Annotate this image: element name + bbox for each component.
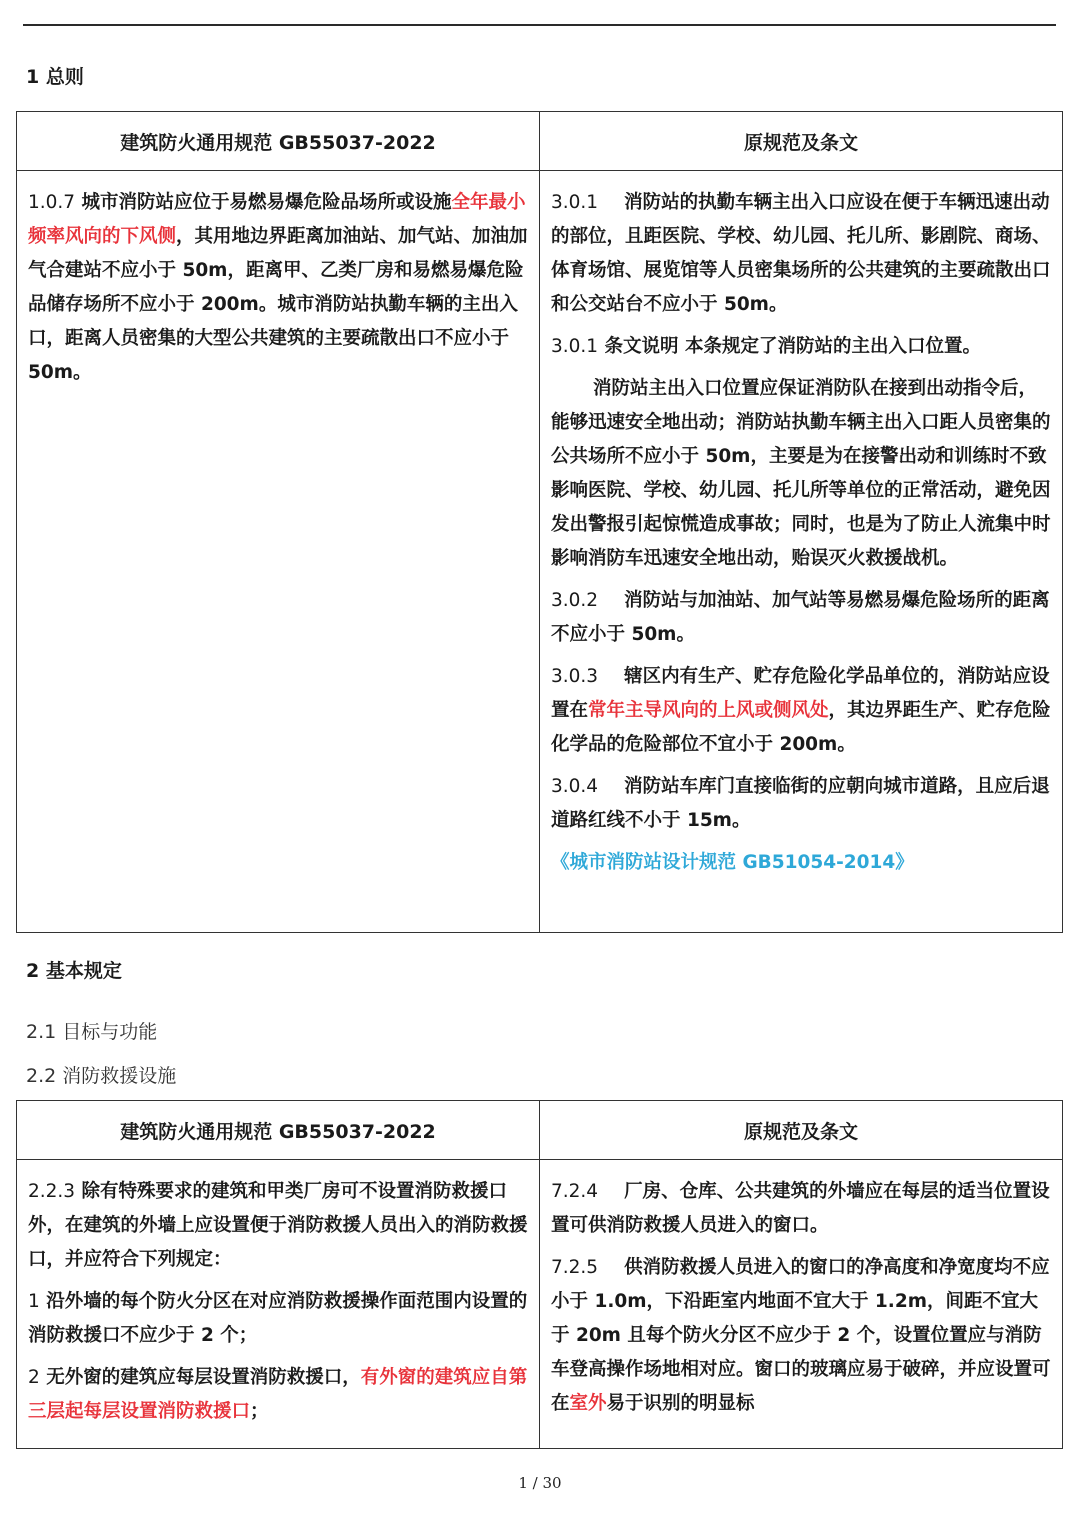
highlight-text: 室外 (570, 1393, 607, 1414)
item-number: 2 (28, 1367, 40, 1388)
clause-7-2-4: 7.2.4厂房、仓库、公共建筑的外墙应在每层的适当位置设置可供消防救援人员进入的… (551, 1175, 1051, 1243)
item-number: 1 (28, 1291, 40, 1312)
clause-3-0-1: 3.0.1消防站的执勤车辆主出入口应设在便于车辆迅速出动的部位，且距医院、学校、… (551, 186, 1051, 322)
highlight-text: 常年主导风向的上风或侧风处 (588, 700, 829, 721)
comparison-table-rescue: 建筑防火通用规范 GB55037-2022 原规范及条文 2.2.3 除有特殊要… (16, 1100, 1063, 1449)
clause-number: 2.2.3 (28, 1181, 75, 1202)
note-title: 条文说明 本条规定了消防站的主出入口位置。 (598, 336, 981, 357)
clause-text: 消防站与加油站、加气站等易燃易爆危险场所的距离不应小于 50m。 (551, 590, 1050, 645)
subsection-heading-goals: 2.1 目标与功能 (26, 1017, 157, 1044)
source-reference: 《城市消防站设计规范 GB51054-2014》 (551, 846, 1051, 880)
clause-3-0-3: 3.0.3辖区内有生产、贮存危险化学品单位的，消防站应设置在常年主导风向的上风或… (551, 660, 1051, 762)
item-text: 沿外墙的每个防火分区在对应消防救援操作面范围内设置的消防救援口不应少于 2 个； (28, 1291, 527, 1346)
clause-text: 消防站的执勤车辆主出入口应设在便于车辆迅速出动的部位，且距医院、学校、幼儿园、托… (551, 192, 1051, 315)
section-heading-basic-rules: 2 基本规定 (26, 956, 122, 983)
clause-text: 易于识别的明显标 (607, 1393, 755, 1414)
clause-2-2-3: 2.2.3 除有特殊要求的建筑和甲类厂房可不设置消防救援口外，在建筑的外墙上应设… (28, 1175, 528, 1277)
clause-3-0-1-note: 3.0.1 条文说明 本条规定了消防站的主出入口位置。 (551, 330, 1051, 364)
clause-number: 7.2.5 (551, 1257, 598, 1278)
clause-number: 3.0.3 (551, 666, 598, 687)
clause-number: 7.2.4 (551, 1181, 598, 1202)
clause-1-0-7: 1.0.7 城市消防站应位于易燃易爆危险品场所或设施全年最小频率风向的下风侧，其… (28, 186, 528, 390)
clause-item-1: 1 沿外墙的每个防火分区在对应消防救援操作面范围内设置的消防救援口不应少于 2 … (28, 1285, 528, 1353)
header-original-standard: 原规范及条文 (540, 1101, 1063, 1160)
clause-number: 3.0.4 (551, 776, 598, 797)
clause-number: 3.0.2 (551, 590, 598, 611)
new-standard-cell: 2.2.3 除有特殊要求的建筑和甲类厂房可不设置消防救援口外，在建筑的外墙上应设… (17, 1160, 540, 1449)
top-rule (23, 24, 1056, 26)
clause-text: 除有特殊要求的建筑和甲类厂房可不设置消防救援口外，在建筑的外墙上应设置便于消防救… (28, 1181, 528, 1270)
original-standard-cell: 3.0.1消防站的执勤车辆主出入口应设在便于车辆迅速出动的部位，且距医院、学校、… (540, 171, 1063, 933)
comparison-table-general: 建筑防火通用规范 GB55037-2022 原规范及条文 1.0.7 城市消防站… (16, 111, 1063, 933)
clause-text: 城市消防站应位于易燃易爆危险品场所或设施 (75, 192, 451, 213)
table-row: 2.2.3 除有特殊要求的建筑和甲类厂房可不设置消防救援口外，在建筑的外墙上应设… (17, 1160, 1063, 1449)
clause-text: 消防站车库门直接临街的应朝向城市道路，且应后退道路红线不小于 15m。 (551, 776, 1050, 831)
clause-3-0-2: 3.0.2消防站与加油站、加气站等易燃易爆危险场所的距离不应小于 50m。 (551, 584, 1051, 652)
page-indicator: 1 / 30 (0, 1474, 1080, 1492)
original-standard-cell: 7.2.4厂房、仓库、公共建筑的外墙应在每层的适当位置设置可供消防救援人员进入的… (540, 1160, 1063, 1449)
section-heading-general: 1 总则 (26, 62, 84, 89)
clause-3-0-4: 3.0.4消防站车库门直接临街的应朝向城市道路，且应后退道路红线不小于 15m。 (551, 770, 1051, 838)
table-row: 1.0.7 城市消防站应位于易燃易爆危险品场所或设施全年最小频率风向的下风侧，其… (17, 171, 1063, 933)
clause-3-0-1-note-body: 消防站主出入口位置应保证消防队在接到出动指令后，能够迅速安全地出动；消防站执勤车… (551, 372, 1051, 576)
clause-text: ，其用地边界距离加油站、加气站、加油加气合建站不应小于 50m，距离甲、乙类厂房… (28, 226, 528, 383)
note-body: 消防站主出入口位置应保证消防队在接到出动指令后，能够迅速安全地出动；消防站执勤车… (551, 378, 1051, 569)
clause-text: 供消防救援人员进入的窗口的净高度和净宽度均不应小于 1.0m，下沿距室内地面不宜… (551, 1257, 1051, 1414)
table-header-row: 建筑防火通用规范 GB55037-2022 原规范及条文 (17, 112, 1063, 171)
header-original-standard: 原规范及条文 (540, 112, 1063, 171)
clause-number: 3.0.1 (551, 336, 598, 357)
new-standard-cell: 1.0.7 城市消防站应位于易燃易爆危险品场所或设施全年最小频率风向的下风侧，其… (17, 171, 540, 933)
header-new-standard: 建筑防火通用规范 GB55037-2022 (17, 1101, 540, 1160)
header-new-standard: 建筑防火通用规范 GB55037-2022 (17, 112, 540, 171)
clause-text: 厂房、仓库、公共建筑的外墙应在每层的适当位置设置可供消防救援人员进入的窗口。 (551, 1181, 1050, 1236)
item-text: 无外窗的建筑应每层设置消防救援口， (40, 1367, 361, 1388)
clause-number: 1.0.7 (28, 192, 75, 213)
subsection-heading-rescue-facilities: 2.2 消防救援设施 (26, 1061, 176, 1088)
clause-item-2: 2 无外窗的建筑应每层设置消防救援口，有外窗的建筑应自第三层起每层设置消防救援口… (28, 1361, 528, 1429)
clause-7-2-5: 7.2.5供消防救援人员进入的窗口的净高度和净宽度均不应小于 1.0m，下沿距室… (551, 1251, 1051, 1421)
item-text: ； (250, 1401, 269, 1422)
clause-number: 3.0.1 (551, 192, 598, 213)
table-header-row: 建筑防火通用规范 GB55037-2022 原规范及条文 (17, 1101, 1063, 1160)
